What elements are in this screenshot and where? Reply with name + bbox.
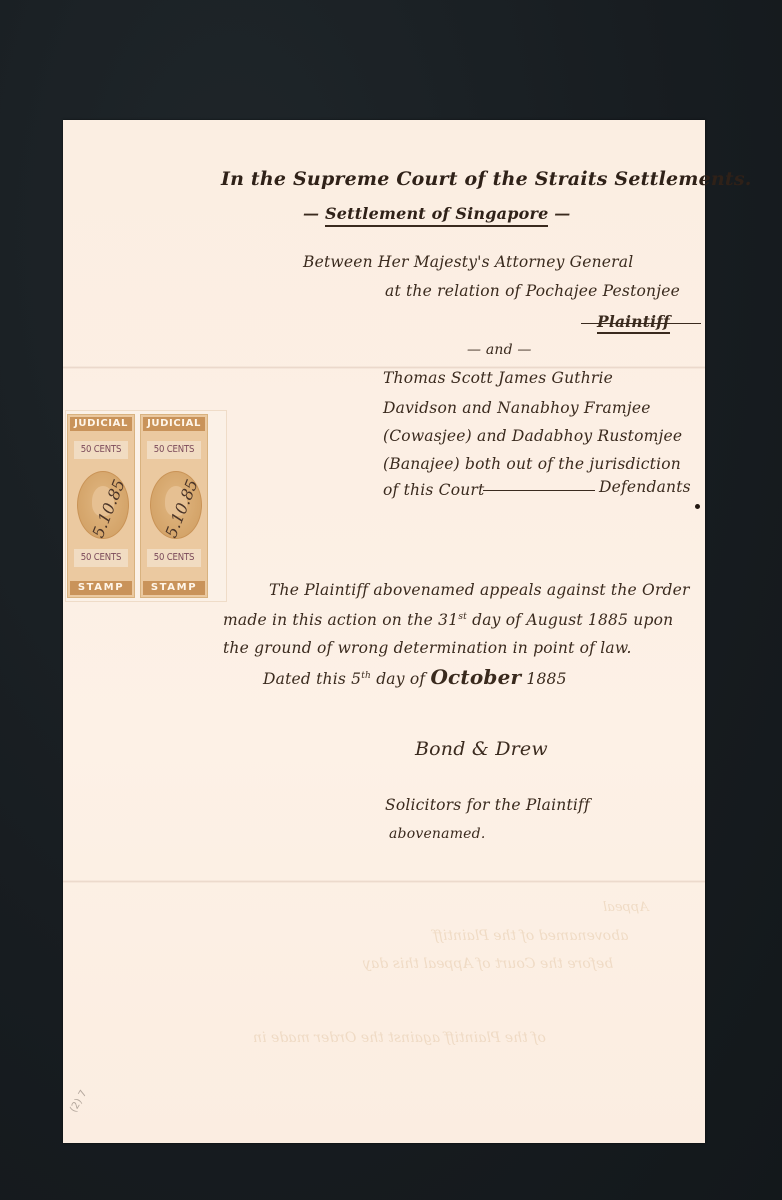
appeal-text-line-1: The Plaintiff abovenamed appeals against… [269, 581, 690, 599]
text-fragment: day of August 1885 upon [467, 611, 673, 629]
defendant-line-2: Davidson and Nanabhoy Framjee [383, 399, 651, 417]
stamp-bottom-label: STAMP [143, 581, 205, 595]
and-separator: — and — [467, 342, 532, 358]
stamp-top-label: JUDICIAL [70, 417, 132, 431]
text-fragment: made in this action on the 31 [223, 611, 458, 629]
settlement-heading: — Settlement of Singapore — [303, 204, 570, 223]
appeal-text-line-3: the ground of wrong determination in poi… [223, 639, 632, 657]
defendant-line-1: Thomas Scott James Guthrie [383, 369, 613, 387]
plaintiff-line-2: at the relation of Pochajee Pestonjee [385, 282, 680, 300]
text-fragment: Dated this 5 [263, 670, 361, 688]
dated-month: October [430, 665, 521, 689]
dash: — [554, 204, 570, 223]
defendant-line-5: of this Court [383, 481, 484, 499]
solicitors-line-2: abovenamed. [389, 826, 485, 842]
settlement-name: Settlement of Singapore [325, 204, 549, 227]
plaintiff-role-label: Plaintiff [597, 312, 670, 334]
ordinal-suffix: st [458, 612, 467, 622]
stamp-bottom-label: STAMP [70, 581, 132, 595]
judicial-stamp: JUDICIAL 50 CENTS 50 CENTS STAMP 5.10.85 [140, 414, 208, 598]
stamp-value: 50 CENTS [147, 441, 201, 459]
court-heading: In the Supreme Court of the Straits Sett… [221, 168, 752, 190]
defendant-rule [483, 490, 595, 491]
ordinal-suffix: th [361, 671, 371, 681]
stamp-value: 50 CENTS [147, 549, 201, 567]
bleed-through-text: Appeal [603, 900, 649, 915]
appeal-text-line-2: made in this action on the 31st day of A… [223, 611, 673, 629]
plaintiff-line-1: Between Her Majesty's Attorney General [303, 253, 633, 271]
defendant-line-3: (Cowasjee) and Dadabhoy Rustomjee [383, 427, 682, 445]
dated-year: 1885 [521, 670, 566, 688]
defendant-role: Defendants [599, 478, 691, 496]
judicial-stamp: JUDICIAL 50 CENTS 50 CENTS STAMP 5.10.85 [67, 414, 135, 598]
bleed-through-text: abovenamed of the Plaintiff [433, 928, 628, 944]
stamp-top-label: JUDICIAL [143, 417, 205, 431]
text-fragment: day of [371, 670, 430, 688]
fold-line [63, 880, 705, 883]
ink-blot [695, 504, 700, 509]
bleed-through-text: before the Court of Appeal this day [363, 956, 613, 972]
defendant-line-4: (Banajee) both out of the jurisdiction [383, 455, 681, 473]
document-page: Appeal abovenamed of the Plaintiff befor… [63, 120, 705, 1143]
dash: — [303, 204, 319, 223]
solicitors-line-1: Solicitors for the Plaintiff [385, 796, 590, 814]
solicitor-signature: Bond & Drew [415, 738, 548, 760]
plaintiff-role: Plaintiff [597, 312, 670, 331]
stamp-value: 50 CENTS [74, 441, 128, 459]
stamp-value: 50 CENTS [74, 549, 128, 567]
dated-line: Dated this 5th day of October 1885 [263, 665, 567, 689]
bleed-through-text: of the Plaintiff against the Order made … [253, 1030, 546, 1046]
catalog-mark: (2) 7 [68, 1088, 89, 1114]
